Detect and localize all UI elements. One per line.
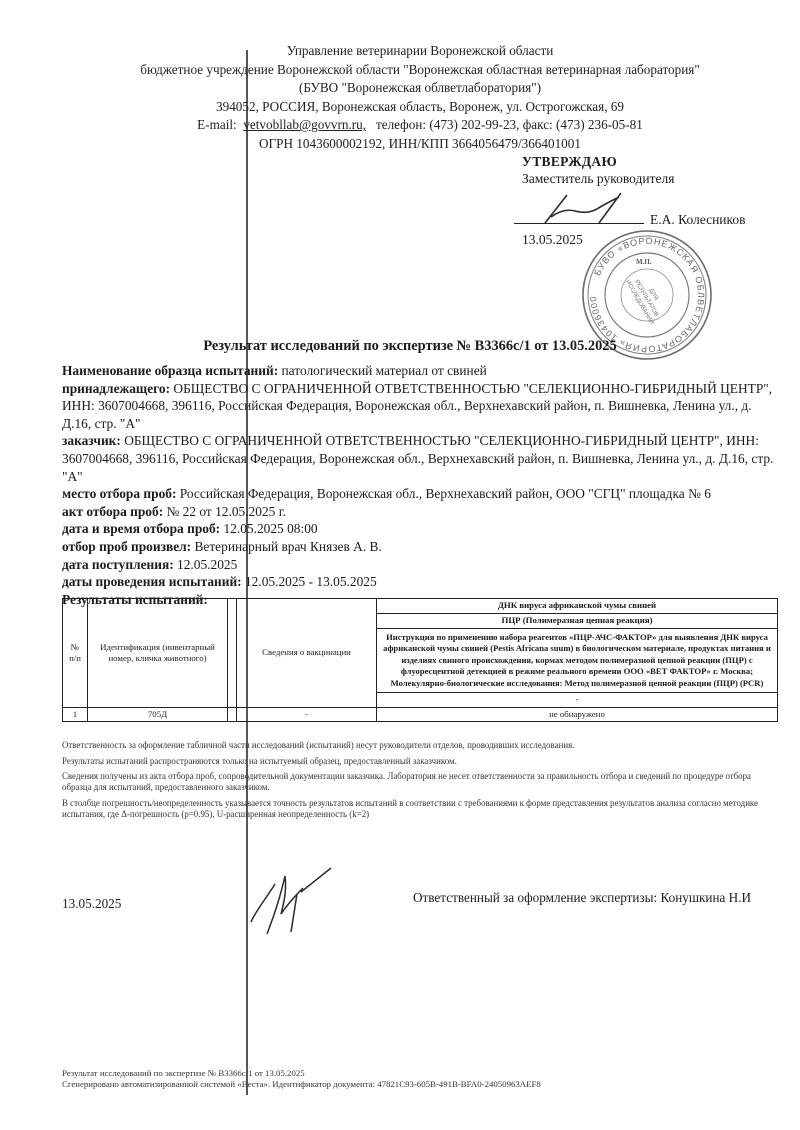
- header-indicator: ДНК вируса африканской чумы свиней: [377, 599, 778, 614]
- field-value: ОБЩЕСТВО С ОГРАНИЧЕННОЙ ОТВЕТСТВЕННОСТЬЮ…: [62, 433, 773, 483]
- field-sampling-act: акт отбора проб: № 22 от 12.05.2025 г.: [62, 503, 782, 521]
- field-value: патологический материал от свиней: [278, 363, 487, 378]
- header-row-number: № п/п: [63, 599, 88, 708]
- header-authority: Управление ветеринарии Воронежской облас…: [80, 42, 760, 61]
- cell-vaccination: -: [237, 708, 377, 722]
- sample-details: Наименование образца испытаний: патологи…: [62, 362, 782, 608]
- cell-number: 1: [63, 708, 88, 722]
- field-value: Ветеринарный врач Князев А. В.: [191, 539, 382, 554]
- field-receipt-date: дата поступления: 12.05.2025: [62, 556, 782, 574]
- field-label: Наименование образца испытаний:: [62, 363, 278, 378]
- header-registration: ОГРН 1043600002192, ИНН/КПП 3664056479/3…: [80, 135, 760, 154]
- notes-section: Ответственность за оформление табличной …: [62, 740, 782, 824]
- table-row: 1 705Д - не обнаружено: [63, 708, 778, 722]
- field-label: заказчик:: [62, 433, 121, 448]
- field-label: место отбора проб:: [62, 486, 176, 501]
- header-address: 394052, РОССИЯ, Воронежская область, Вор…: [80, 98, 760, 117]
- header-spacer: [228, 599, 237, 708]
- note-scope: Результаты испытаний распространяются то…: [62, 756, 782, 767]
- results-table-container: № п/п Идентификация (инвентарный номер, …: [62, 598, 778, 722]
- email-label: E-mail:: [197, 117, 237, 132]
- email-link[interactable]: vetvobllab@govvrn.ru,: [243, 117, 366, 132]
- field-owner: принадлежащего: ОБЩЕСТВО С ОГРАНИЧЕННОЙ …: [62, 380, 782, 433]
- responsible-person: Ответственный за оформление экспертизы: …: [413, 890, 751, 906]
- approval-title: УТВЕРЖДАЮ: [522, 153, 782, 170]
- field-label: дата и время отбора проб:: [62, 521, 220, 536]
- approval-signer: Е.А. Колесников: [650, 211, 746, 228]
- signature-icon: [245, 862, 335, 942]
- field-label: принадлежащего:: [62, 381, 170, 396]
- letterhead: Управление ветеринарии Воронежской облас…: [80, 42, 760, 154]
- note-responsibility: Ответственность за оформление табличной …: [62, 740, 782, 751]
- field-label: дата поступления:: [62, 557, 174, 572]
- header-method-document: Инструкция по применению набора реагенто…: [377, 629, 778, 693]
- field-value: 12.05.2025: [174, 557, 238, 572]
- field-label: акт отбора проб:: [62, 504, 163, 519]
- field-value: 12.05.2025 08:00: [220, 521, 317, 536]
- field-sample-name: Наименование образца испытаний: патологи…: [62, 362, 782, 380]
- field-label: отбор проб произвел:: [62, 539, 191, 554]
- header-short-name: (БУВО "Воронежская облветлаборатория"): [80, 79, 760, 98]
- document-title: Результат исследований по экспертизе № В…: [50, 338, 770, 355]
- header-institution: бюджетное учреждение Воронежской области…: [80, 61, 760, 80]
- header-contacts: E-mail: vetvobllab@govvrn.ru, телефон: (…: [80, 116, 760, 135]
- cell-result: не обнаружено: [377, 708, 778, 722]
- phone-fax: телефон: (473) 202-99-23, факс: (473) 23…: [376, 117, 643, 132]
- field-customer: заказчик: ОБЩЕСТВО С ОГРАНИЧЕННОЙ ОТВЕТС…: [62, 432, 782, 485]
- document-page: Управление ветеринарии Воронежской облас…: [0, 0, 800, 1130]
- results-table: № п/п Идентификация (инвентарный номер, …: [62, 598, 778, 722]
- header-identification: Идентификация (инвентарный номер, кличка…: [88, 599, 228, 708]
- header-vaccination: Сведения о вакцинации: [237, 599, 377, 708]
- field-sampled-by: отбор проб произвел: Ветеринарный врач К…: [62, 538, 782, 556]
- footer-reference: Результат исследований по экспертизе № В…: [62, 1068, 782, 1079]
- cell-identification: 705Д: [88, 708, 228, 722]
- signoff-date: 13.05.2025: [62, 896, 121, 912]
- svg-text:М.П.: М.П.: [636, 258, 652, 266]
- approval-position: Заместитель руководителя: [522, 170, 782, 187]
- note-uncertainty: В столбце погрешность/неопределенность у…: [62, 798, 782, 820]
- field-value: Российская Федерация, Воронежская обл., …: [176, 486, 710, 501]
- note-source: Сведения получены из акта отбора проб, с…: [62, 771, 782, 793]
- field-value: № 22 от 12.05.2025 г.: [163, 504, 286, 519]
- signature-line: [514, 223, 644, 224]
- field-sampling-place: место отбора проб: Российская Федерация,…: [62, 485, 782, 503]
- header-method-short: ПЦР (Полимеразная цепная реакция): [377, 614, 778, 629]
- approval-signature-row: Е.А. Колесников: [522, 189, 782, 229]
- document-footer: Результат исследований по экспертизе № В…: [62, 1068, 782, 1090]
- footer-generated: Сгенерировано автоматизированной системо…: [62, 1079, 782, 1090]
- field-value: 12.05.2025 - 13.05.2025: [242, 574, 377, 589]
- field-label: даты проведения испытаний:: [62, 574, 242, 589]
- cell-spacer: [228, 708, 237, 722]
- field-test-dates: даты проведения испытаний: 12.05.2025 - …: [62, 573, 782, 591]
- field-sampling-datetime: дата и время отбора проб: 12.05.2025 08:…: [62, 520, 782, 538]
- header-norm: -: [377, 693, 778, 708]
